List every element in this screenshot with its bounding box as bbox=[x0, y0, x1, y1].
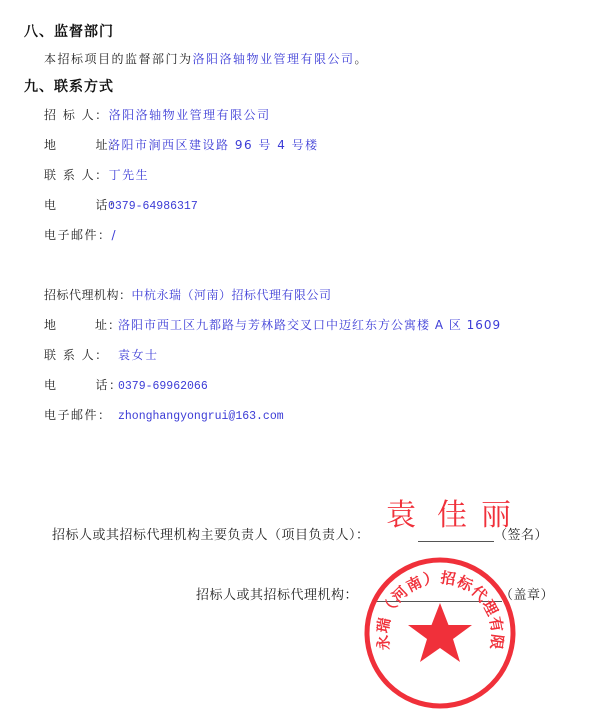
signed-name-char-3: 丽 bbox=[481, 490, 511, 534]
signature-label: 招标人或其招标代理机构主要负责人（项目负责人）： bbox=[52, 524, 370, 543]
field-value: 0379-69962066 bbox=[118, 380, 208, 393]
field-value: 洛阳市西工区九都路与芳林路交叉口中迈红东方公寓楼 A 区 1609 bbox=[118, 318, 501, 332]
section-heading-supervision: 八、监督部门 bbox=[24, 21, 114, 41]
field-label: 联 系 人： bbox=[44, 346, 118, 363]
field-label: 地址： bbox=[44, 316, 118, 333]
field-value: 洛阳洛轴物业管理有限公司 bbox=[109, 108, 271, 122]
field-label: 电话： bbox=[44, 376, 118, 393]
tenderer-row-address: 地址：洛阳市涧西区建设路 96 号 4 号楼 bbox=[44, 136, 319, 153]
field-label: 联 系 人： bbox=[44, 166, 109, 183]
supervision-suffix: 。 bbox=[355, 52, 369, 66]
supervision-prefix: 本招标项目的监督部门为 bbox=[44, 52, 193, 66]
agency-row-address: 地址：洛阳市西工区九都路与芳林路交叉口中迈红东方公寓楼 A 区 1609 bbox=[44, 316, 501, 333]
field-value: / bbox=[112, 228, 118, 242]
signed-name-char-2: 佳 bbox=[437, 490, 467, 534]
seal-label: 招标人或其招标代理机构： bbox=[196, 584, 358, 603]
field-value: 丁先生 bbox=[109, 168, 150, 182]
section-heading-contact: 九、联系方式 bbox=[24, 76, 114, 96]
field-value: 袁女士 bbox=[118, 348, 159, 362]
field-label: 电话： bbox=[44, 196, 108, 213]
tenderer-row-phone: 电话：0379-64986317 bbox=[44, 196, 198, 213]
field-label: 招 标 人： bbox=[44, 106, 109, 123]
star-icon bbox=[408, 603, 472, 662]
agency-row-email: 电子邮件：zhonghangyongrui@163.com bbox=[44, 406, 284, 423]
agency-row-contact: 联 系 人：袁女士 bbox=[44, 346, 159, 363]
field-value: 洛阳市涧西区建设路 96 号 4 号楼 bbox=[108, 138, 319, 152]
supervision-dept: 洛阳洛轴物业管理有限公司 bbox=[193, 52, 355, 66]
agency-row-name: 招标代理机构：中杭永瑞（河南）招标代理有限公司 bbox=[44, 286, 332, 303]
tenderer-row-contact: 联 系 人：丁先生 bbox=[44, 166, 149, 183]
field-label: 电子邮件： bbox=[44, 226, 112, 243]
signature-underline bbox=[418, 541, 494, 542]
tenderer-row-name: 招 标 人：洛阳洛轴物业管理有限公司 bbox=[44, 106, 271, 123]
company-seal: 中杭永瑞（河南）招标代理有限公司 bbox=[362, 555, 518, 711]
field-value: 0379-64986317 bbox=[108, 200, 198, 213]
seal-graphic: 中杭永瑞（河南）招标代理有限公司 bbox=[362, 555, 518, 711]
field-label: 招标代理机构： bbox=[44, 286, 132, 303]
field-value: 中杭永瑞（河南）招标代理有限公司 bbox=[132, 288, 332, 302]
tenderer-row-email: 电子邮件：/ bbox=[44, 226, 117, 243]
signed-name-char-1: 袁 bbox=[386, 490, 416, 534]
field-label: 地址： bbox=[44, 136, 108, 153]
supervision-sentence: 本招标项目的监督部门为洛阳洛轴物业管理有限公司。 bbox=[44, 50, 368, 67]
field-value: zhonghangyongrui@163.com bbox=[118, 410, 284, 423]
agency-row-phone: 电话：0379-69962066 bbox=[44, 376, 208, 393]
field-label: 电子邮件： bbox=[44, 406, 118, 423]
